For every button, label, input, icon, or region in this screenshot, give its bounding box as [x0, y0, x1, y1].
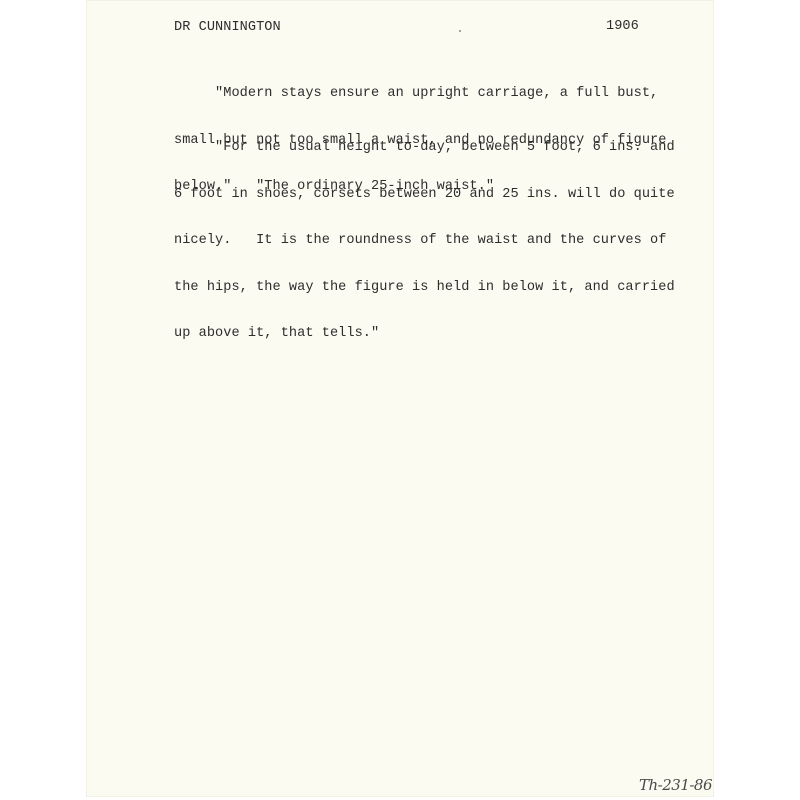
paragraph-line: "For the usual height to-day, between 5 … [174, 140, 675, 156]
paragraph-line: nicely. It is the roundness of the waist… [174, 233, 675, 249]
paragraph-line: 6 foot in shoes, corsets between 20 and … [174, 187, 675, 203]
quote-paragraph-2: "For the usual height to-day, between 5 … [174, 109, 675, 373]
paragraph-line: up above it, that tells." [174, 326, 675, 342]
header-author: DR CUNNINGTON [174, 20, 281, 35]
header-year: 1906 [606, 19, 639, 34]
paragraph-line: the hips, the way the figure is held in … [174, 280, 675, 296]
handwritten-catalog-number: Th-231-86 [639, 776, 712, 794]
typewritten-page: DR CUNNINGTON 1906 "Modern stays ensure … [86, 0, 714, 797]
stray-mark [459, 30, 461, 32]
paragraph-line: "Modern stays ensure an upright carriage… [174, 86, 666, 102]
